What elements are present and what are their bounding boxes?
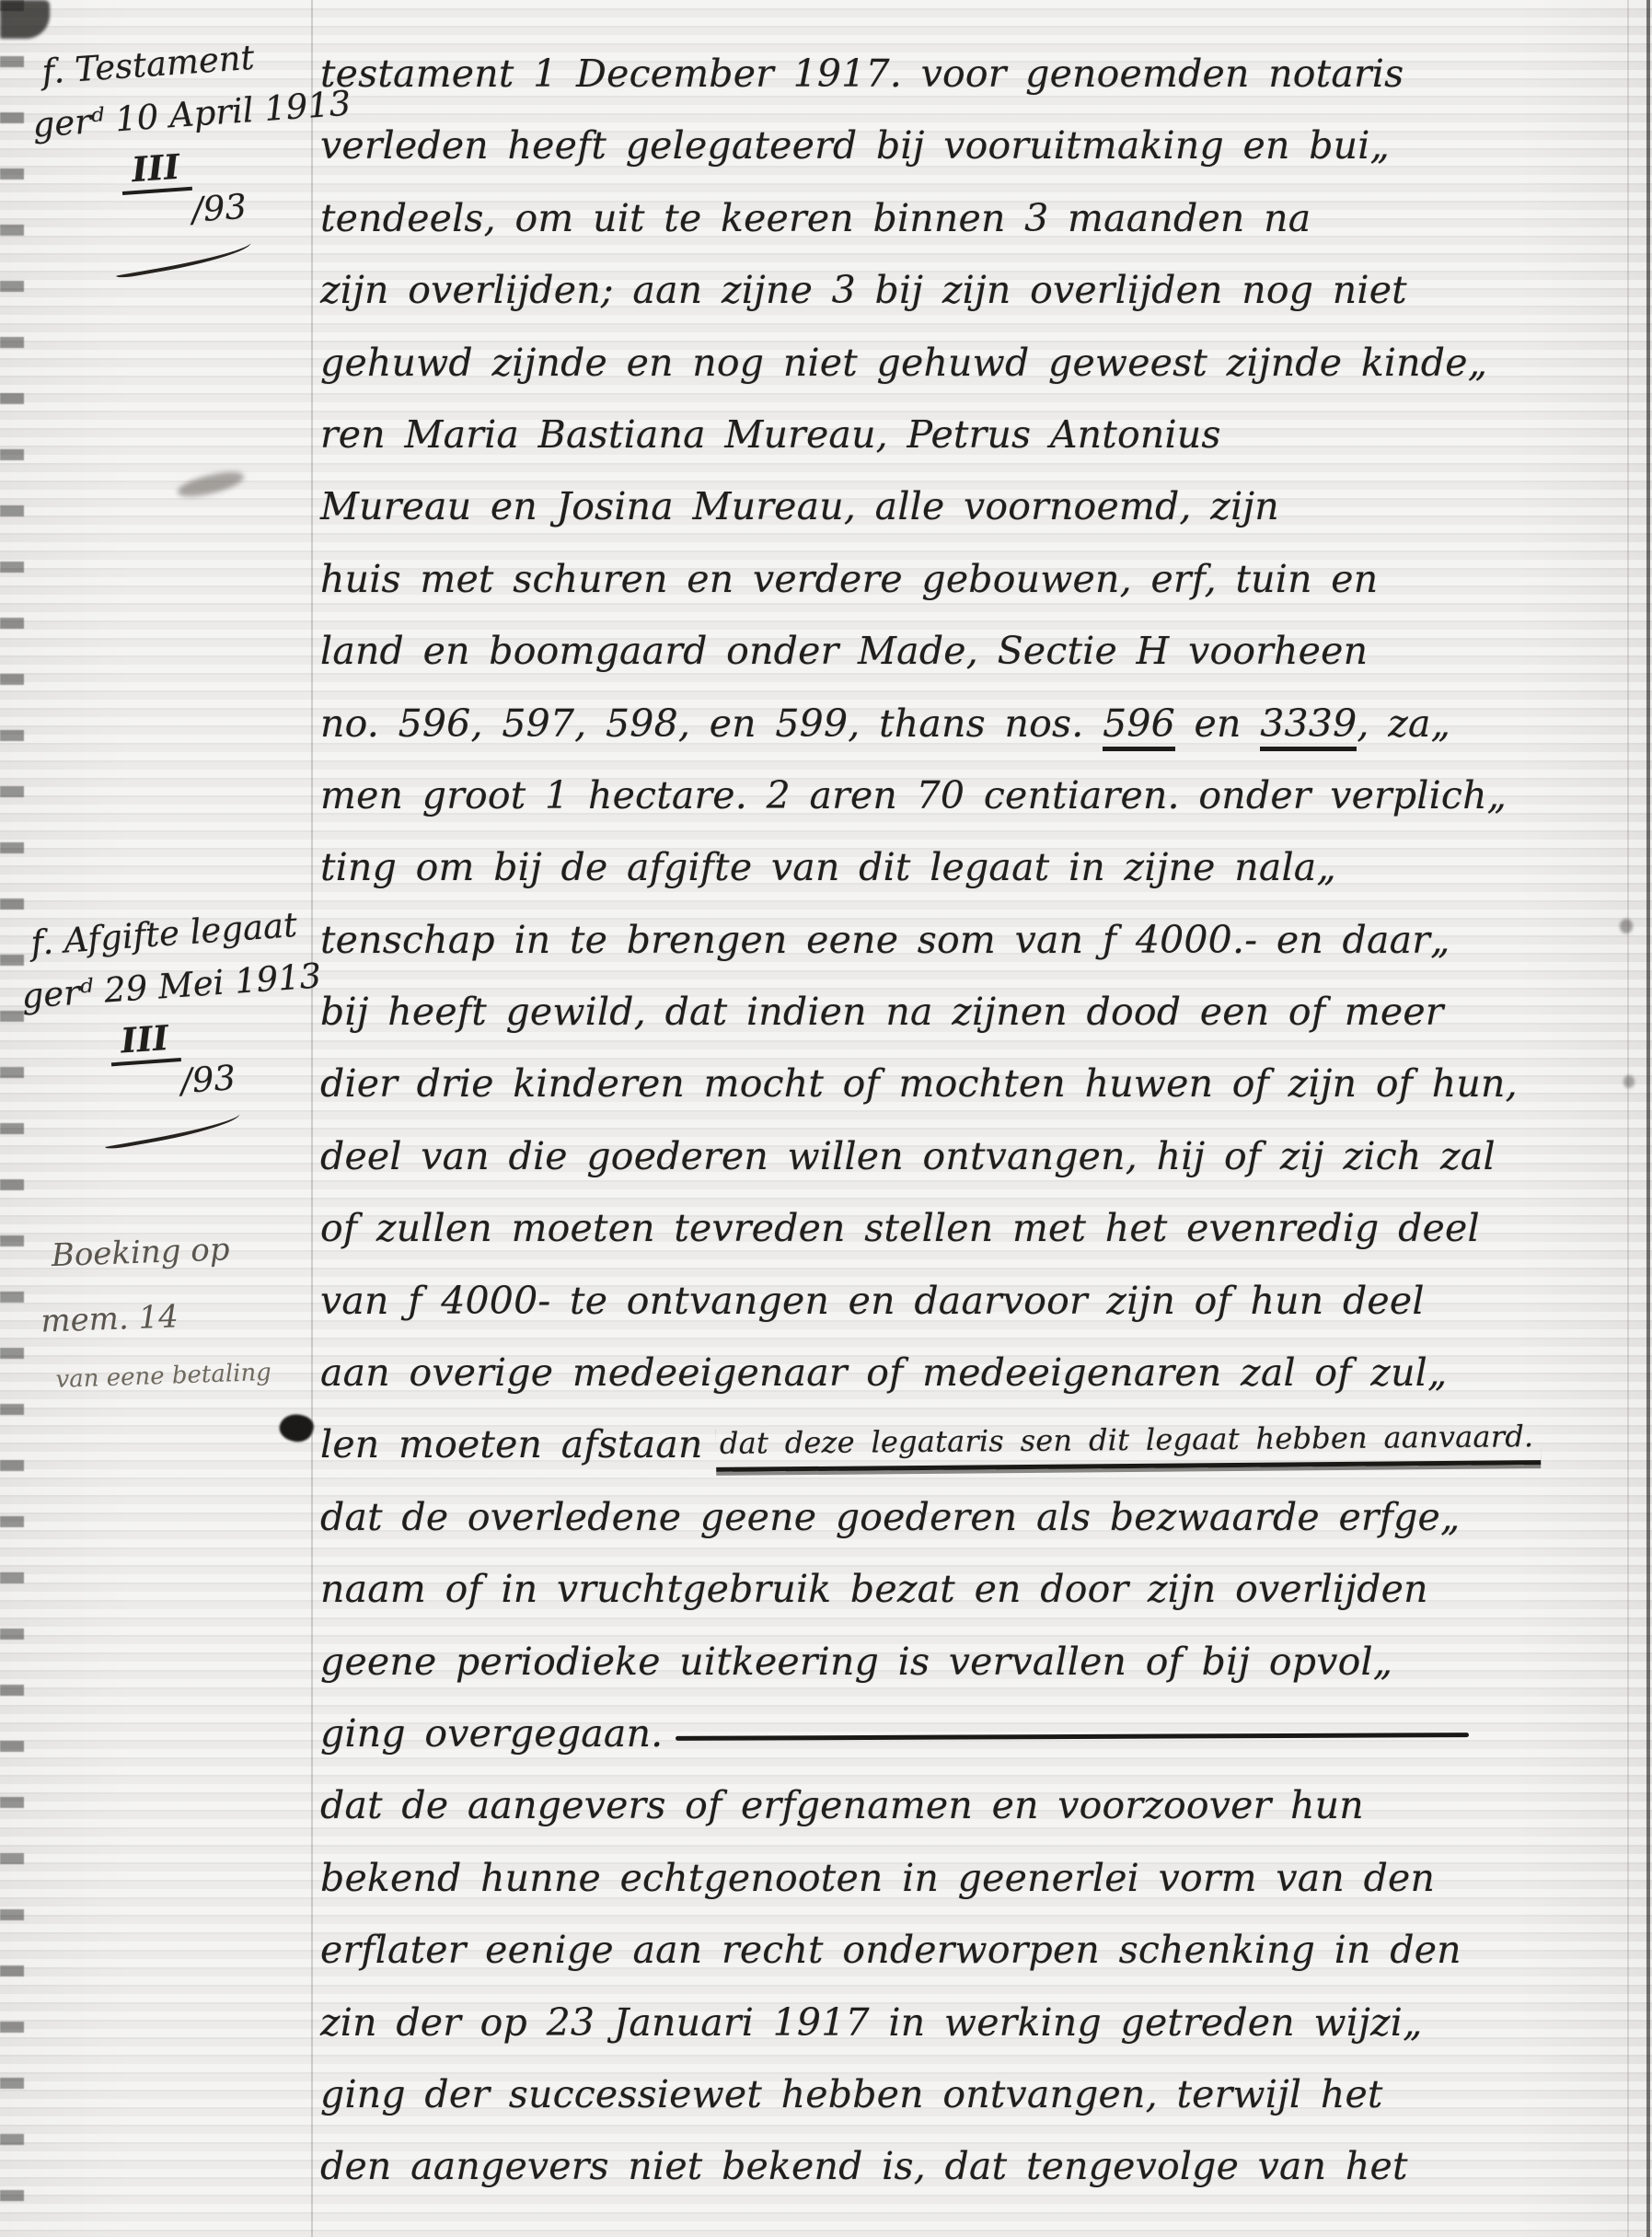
text-line-8: huis met schuren en verdere gebouwen, er… (320, 557, 1636, 629)
ink-bleed-mark (1623, 1075, 1635, 1088)
text-segment: gehuwd zijnde en nog niet gehuwd geweest… (320, 341, 1487, 385)
text-segment: land en boomgaard onder Made, Sectie H v… (320, 629, 1368, 673)
text-segment: dat de aangevers of erfgenamen en voorzo… (320, 1783, 1364, 1827)
registration-fraction-numerator: III (120, 147, 192, 196)
text-line-25: dat de aangevers of erfgenamen en voorzo… (320, 1783, 1636, 1855)
flourish-dash (114, 238, 253, 280)
text-segment: ging overgegaan. (320, 1711, 663, 1756)
text-segment: ging der successiewet hebben ontvangen, … (320, 2072, 1383, 2116)
text-line-14: bij heeft gewild, dat indien na zijnen d… (320, 990, 1636, 1061)
text-line-22: naam of in vruchtgebruik bezat en door z… (320, 1567, 1636, 1639)
text-line-2: verleden heeft gelegateerd bij vooruitma… (320, 123, 1636, 195)
text-line-17: of zullen moeten tevreden stellen met he… (320, 1206, 1636, 1278)
text-line-23: geene periodieke uitkeering is vervallen… (320, 1640, 1636, 1711)
text-line-30: den aangevers niet bekend is, dat tengev… (320, 2144, 1636, 2216)
text-segment: en (1175, 701, 1260, 746)
text-segment: men groot 1 hectare. 2 aren 70 centiaren… (320, 773, 1507, 817)
text-line-28: zin der op 23 Januari 1917 in werking ge… (320, 2000, 1636, 2072)
text-line-4: zijn overlijden; aan zijne 3 bij zijn ov… (320, 268, 1636, 340)
text-segment: tenschap in te brengen eene som van ƒ 40… (320, 918, 1450, 962)
text-segment: , za„ (1357, 701, 1450, 746)
main-text-column: testament 1 December 1917. voor genoemde… (320, 52, 1636, 2217)
note-testament: f. Testamentgerᵈ 10 April 1913III/93 (40, 25, 362, 277)
text-line-10: no. 596, 597, 598, en 599, thans nos. 59… (320, 701, 1636, 773)
text-segment: tendeels, om uit te keeren binnen 3 maan… (320, 196, 1311, 240)
text-line-29: ging der successiewet hebben ontvangen, … (320, 2072, 1636, 2144)
ink-bleed-mark (1620, 919, 1633, 933)
text-segment: ren Maria Bastiana Mureau, Petrus Antoni… (320, 412, 1221, 457)
text-segment: testament 1 December 1917. voor genoemde… (320, 52, 1404, 96)
note-boeking: Boeking opmem. 14van eene betaling (51, 1216, 272, 1405)
text-line-15: dier drie kinderen mocht of mochten huwe… (320, 1061, 1636, 1133)
text-segment: dat de overledene geene goederen als bez… (320, 1495, 1460, 1539)
text-segment: Mureau en Josina Mureau, alle voornoemd,… (320, 484, 1279, 528)
text-line-26: bekend hunne echtgenooten in geenerlei v… (320, 1856, 1636, 1928)
text-line-1: testament 1 December 1917. voor genoemde… (320, 52, 1636, 123)
text-segment: verleden heeft gelegateerd bij vooruitma… (320, 123, 1390, 168)
registration-fraction: III/93 (109, 1008, 329, 1106)
text-line-16: deel van die goederen willen ontvangen, … (320, 1134, 1636, 1206)
text-segment: ting om bij de afgifte van dit legaat in… (320, 845, 1336, 889)
margin-column: f. Testamentgerᵈ 10 April 1913III/93f. A… (0, 0, 311, 2237)
text-segment: len moeten afstaan (320, 1422, 703, 1466)
margin-note-line: Boeking op (51, 1216, 269, 1290)
text-segment-underline: 3339 (1260, 701, 1357, 751)
text-segment: bekend hunne echtgenooten in geenerlei v… (320, 1856, 1435, 1900)
text-segment-rule (676, 1733, 1469, 1741)
text-line-5: gehuwd zijnde en nog niet gehuwd geweest… (320, 341, 1636, 412)
text-segment-insert: dat deze legataris sen dit legaat hebben… (715, 1420, 1541, 1473)
registration-fraction-numerator: III (109, 1018, 181, 1067)
text-segment: of zullen moeten tevreden stellen met he… (320, 1206, 1480, 1250)
text-line-9: land en boomgaard onder Made, Sectie H v… (320, 629, 1636, 701)
text-segment: den aangevers niet bekend is, dat tengev… (320, 2144, 1408, 2188)
text-line-24: ging overgegaan. (320, 1711, 1636, 1783)
text-segment: erflater eenige aan recht onderworpen sc… (320, 1928, 1461, 1972)
margin-note-line: mem. 14 (40, 1281, 271, 1355)
text-line-21: dat de overledene geene goederen als bez… (320, 1495, 1636, 1567)
text-segment: deel van die goederen willen ontvangen, … (320, 1134, 1496, 1178)
text-segment: no. 596, 597, 598, en 599, thans nos. (320, 701, 1103, 746)
text-line-27: erflater eenige aan recht onderworpen sc… (320, 1928, 1636, 1999)
text-line-7: Mureau en Josina Mureau, alle voornoemd,… (320, 484, 1636, 556)
text-segment: zijn overlijden; aan zijne 3 bij zijn ov… (320, 268, 1407, 312)
text-segment-underline: 596 (1103, 701, 1175, 751)
scanned-register-page: f. Testamentgerᵈ 10 April 1913III/93f. A… (0, 0, 1652, 2237)
text-line-13: tenschap in te brengen eene som van ƒ 40… (320, 918, 1636, 990)
text-segment: aan overige medeeigenaar of medeeigenare… (320, 1350, 1447, 1395)
text-segment: huis met schuren en verdere gebouwen, er… (320, 557, 1378, 601)
margin-note-line: van eene betaling (55, 1348, 272, 1406)
text-line-18: van ƒ 4000- te ontvangen en daarvoor zij… (320, 1279, 1636, 1350)
text-segment: zin der op 23 Januari 1917 in werking ge… (320, 2000, 1423, 2045)
page-right-edge-rule (1646, 0, 1650, 2237)
text-segment: naam of in vruchtgebruik bezat en door z… (320, 1567, 1428, 1611)
text-line-20: len moeten afstaandat deze legataris sen… (320, 1422, 1636, 1494)
text-line-3: tendeels, om uit te keeren binnen 3 maan… (320, 196, 1636, 268)
text-line-11: men groot 1 hectare. 2 aren 70 centiaren… (320, 773, 1636, 845)
flourish-dash (103, 1108, 242, 1151)
text-line-19: aan overige medeeigenaar of medeeigenare… (320, 1350, 1636, 1422)
text-segment: geene periodieke uitkeering is vervallen… (320, 1640, 1392, 1684)
text-segment: van ƒ 4000- te ontvangen en daarvoor zij… (320, 1279, 1425, 1323)
note-afgifte-legaat: f. Afgifte legaatgerᵈ 29 Mei 1913III/93 (29, 897, 332, 1147)
text-line-6: ren Maria Bastiana Mureau, Petrus Antoni… (320, 412, 1636, 484)
text-segment: dier drie kinderen mocht of mochten huwe… (320, 1061, 1518, 1106)
text-line-12: ting om bij de afgifte van dit legaat in… (320, 845, 1636, 917)
text-segment: bij heeft gewild, dat indien na zijnen d… (320, 990, 1444, 1034)
registration-fraction-denominator: /93 (179, 1053, 329, 1101)
